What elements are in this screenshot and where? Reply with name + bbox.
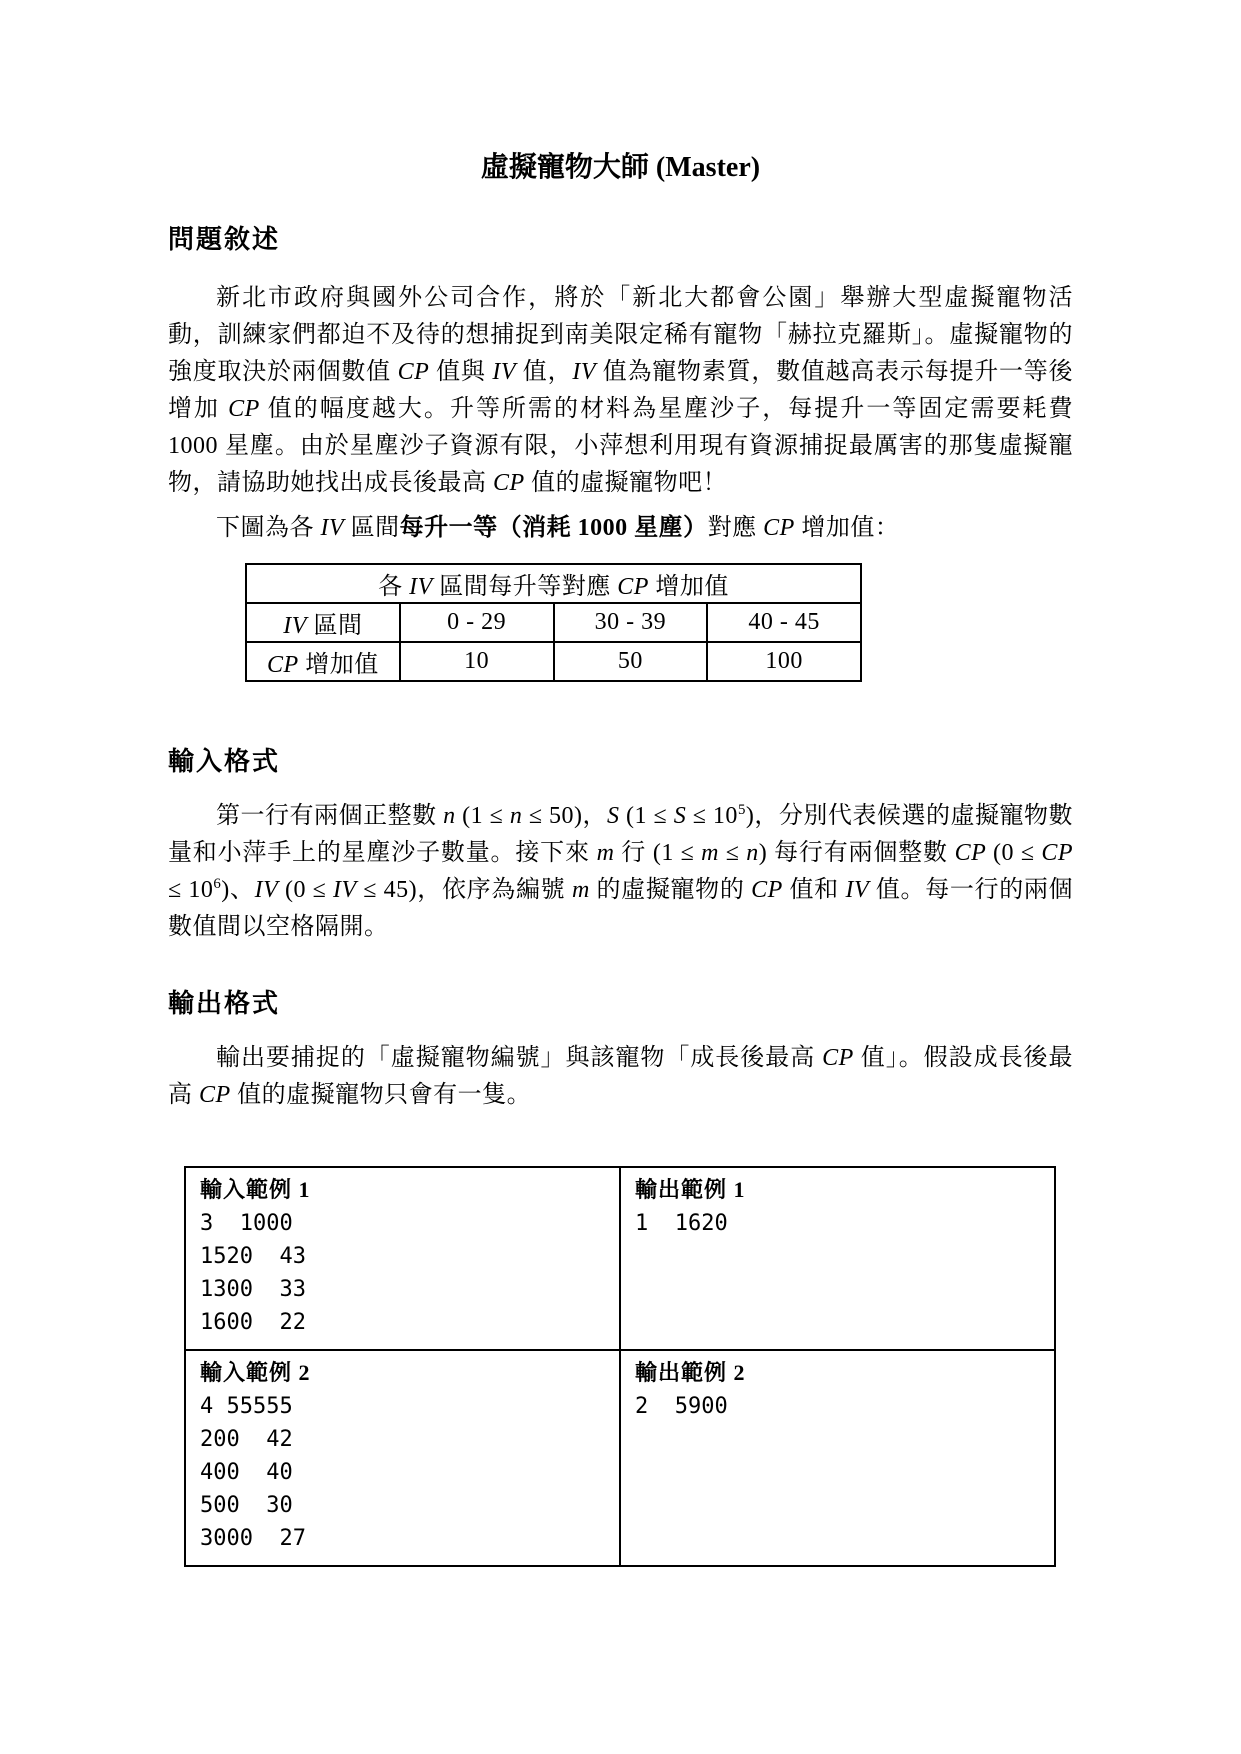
- text-run: ≤ 10: [168, 877, 213, 903]
- text-run: 區間每升等對應: [433, 574, 618, 600]
- text-run: 值的虛擬寵物吧！: [525, 470, 728, 496]
- sample-line: 1 1620: [635, 1207, 1040, 1240]
- section-problem: 問題敘述 新北市政府與國外公司合作，將於「新北大都會公園」舉辦大型虛擬寵物活動，…: [168, 222, 1073, 682]
- input-format-heading: 輸入格式: [168, 744, 1073, 780]
- text-run: CP: [199, 1082, 231, 1108]
- text-run: CP: [617, 574, 649, 600]
- text-run: ≤ 45)，依序為編號: [357, 877, 572, 903]
- text-run: (1 ≤: [620, 803, 674, 829]
- sample-1-input-lines: 3 10001520 431300 331600 22: [200, 1207, 605, 1339]
- sample-1-output-cell: 輸出範例 1 1 1620: [620, 1167, 1055, 1350]
- iv-interval-range-2: 30 - 39: [554, 603, 708, 642]
- iv-table-intro: 下圖為各 IV 區間每升一等（消耗 1000 星塵）對應 CP 增加值：: [168, 510, 1073, 547]
- problem-heading: 問題敘述: [168, 222, 1073, 258]
- text-run: IV: [409, 574, 433, 600]
- output-format-paragraph: 輸出要捕捉的「虛擬寵物編號」與該寵物「成長後最高 CP 值」。假設成長後最高 C…: [168, 1040, 1073, 1114]
- text-run: CP: [751, 877, 783, 903]
- sample-line: 4 55555: [200, 1390, 605, 1423]
- text-run: CP: [955, 840, 987, 866]
- text-run: IV: [846, 877, 870, 903]
- text-run: ≤: [719, 840, 746, 866]
- section-input-format: 輸入格式 第一行有兩個正整數 n (1 ≤ n ≤ 50)，S (1 ≤ S ≤…: [168, 744, 1073, 946]
- section-output-format: 輸出格式 輸出要捕捉的「虛擬寵物編號」與該寵物「成長後最高 CP 值」。假設成長…: [168, 986, 1073, 1114]
- text-run: )、: [221, 877, 254, 903]
- sample-1-row: 輸入範例 1 3 10001520 431300 331600 22 輸出範例 …: [185, 1167, 1055, 1350]
- text-run: (1 ≤: [456, 803, 510, 829]
- text-run: n: [510, 803, 523, 829]
- text-run: 區間: [344, 515, 400, 541]
- sample-2-output-label: 輸出範例 2: [635, 1356, 1040, 1390]
- text-run: 增加值: [299, 652, 379, 678]
- text-run: 區間: [307, 613, 363, 639]
- text-run: ≤ 10: [686, 803, 738, 829]
- sample-2-input-label: 輸入範例 2: [200, 1356, 605, 1390]
- cp-gain-value-1: 10: [400, 642, 554, 681]
- text-run: 每升一等（消耗 1000 星塵）: [400, 515, 708, 541]
- text-run: CP: [763, 515, 795, 541]
- text-run: S: [607, 803, 620, 829]
- problem-paragraph: 新北市政府與國外公司合作，將於「新北大都會公園」舉辦大型虛擬寵物活動，訓練家們都…: [168, 280, 1073, 502]
- text-run: IV: [283, 613, 307, 639]
- text-run: 的虛擬寵物的: [590, 877, 751, 903]
- text-run: ≤ 50)，: [522, 803, 607, 829]
- text-run: (0 ≤: [986, 840, 1041, 866]
- sample-io-table: 輸入範例 1 3 10001520 431300 331600 22 輸出範例 …: [184, 1166, 1056, 1567]
- sample-line: 1300 33: [200, 1273, 605, 1306]
- document-page: 虛擬寵物大師 (Master) 問題敘述 新北市政府與國外公司合作，將於「新北大…: [0, 0, 1241, 1754]
- text-run: m: [597, 840, 615, 866]
- sample-2-input-cell: 輸入範例 2 4 55555200 42400 40500 303000 27: [185, 1350, 620, 1566]
- iv-table-cp-row: CP 增加值 10 50 100: [246, 642, 861, 681]
- output-format-heading: 輸出格式: [168, 986, 1073, 1022]
- text-run: 值與: [429, 359, 492, 385]
- sample-line: 500 30: [200, 1489, 605, 1522]
- text-run: 值和: [783, 877, 846, 903]
- iv-table-caption: 各 IV 區間每升等對應 CP 增加值: [246, 564, 861, 603]
- cp-gain-value-2: 50: [554, 642, 708, 681]
- iv-interval-range-1: 0 - 29: [400, 603, 554, 642]
- text-run: 各: [378, 574, 409, 600]
- sample-2-output-lines: 2 5900: [635, 1390, 1040, 1423]
- sample-line: 1600 22: [200, 1306, 605, 1339]
- text-run: CP: [398, 359, 430, 385]
- text-run: (0 ≤: [278, 877, 333, 903]
- text-run: IV: [321, 515, 345, 541]
- cp-gain-value-3: 100: [707, 642, 861, 681]
- sample-2-output-cell: 輸出範例 2 2 5900: [620, 1350, 1055, 1566]
- text-run: ) 每行有兩個整數: [759, 840, 955, 866]
- text-run: CP: [822, 1045, 854, 1071]
- text-run: 下圖為各: [216, 515, 321, 541]
- text-run: 第一行有兩個正整數: [216, 803, 443, 829]
- sample-line: 400 40: [200, 1456, 605, 1489]
- cp-gain-label: CP 增加值: [246, 642, 400, 681]
- iv-table-caption-row: 各 IV 區間每升等對應 CP 增加值: [246, 564, 861, 603]
- text-run: 行 (1 ≤: [614, 840, 701, 866]
- sample-line: 3 1000: [200, 1207, 605, 1240]
- text-run: IV: [333, 877, 357, 903]
- sample-2-input-lines: 4 55555200 42400 40500 303000 27: [200, 1390, 605, 1555]
- iv-cp-table: 各 IV 區間每升等對應 CP 增加值 IV 區間 0 - 29 30 - 39…: [245, 563, 862, 682]
- text-run: 輸出要捕捉的「虛擬寵物編號」與該寵物「成長後最高: [216, 1045, 822, 1071]
- sample-2-row: 輸入範例 2 4 55555200 42400 40500 303000 27 …: [185, 1350, 1055, 1566]
- sample-1-output-lines: 1 1620: [635, 1207, 1040, 1240]
- iv-table-interval-row: IV 區間 0 - 29 30 - 39 40 - 45: [246, 603, 861, 642]
- text-run: CP: [493, 470, 525, 496]
- text-run: n: [746, 840, 759, 866]
- text-run: IV: [255, 877, 279, 903]
- text-run: 增加值：: [795, 515, 900, 541]
- text-run: CP: [267, 652, 299, 678]
- sample-line: 3000 27: [200, 1522, 605, 1555]
- text-run: IV: [492, 359, 516, 385]
- sample-1-output-label: 輸出範例 1: [635, 1173, 1040, 1207]
- sample-1-input-cell: 輸入範例 1 3 10001520 431300 331600 22: [185, 1167, 620, 1350]
- sample-line: 2 5900: [635, 1390, 1040, 1423]
- text-run: n: [443, 803, 456, 829]
- page-title: 虛擬寵物大師 (Master): [168, 148, 1073, 188]
- text-run: 5: [738, 802, 746, 818]
- text-run: CP: [1041, 840, 1073, 866]
- sample-1-input-label: 輸入範例 1: [200, 1173, 605, 1207]
- text-run: m: [701, 840, 719, 866]
- text-run: IV: [572, 359, 596, 385]
- text-run: m: [572, 877, 590, 903]
- text-run: 對應: [708, 515, 764, 541]
- text-run: 增加值: [649, 574, 729, 600]
- iv-interval-label: IV 區間: [246, 603, 400, 642]
- text-run: 值，: [516, 359, 572, 385]
- sample-line: 200 42: [200, 1423, 605, 1456]
- sample-line: 1520 43: [200, 1240, 605, 1273]
- iv-interval-range-3: 40 - 45: [707, 603, 861, 642]
- text-run: CP: [228, 396, 260, 422]
- input-format-paragraph: 第一行有兩個正整數 n (1 ≤ n ≤ 50)，S (1 ≤ S ≤ 105)…: [168, 798, 1073, 946]
- text-run: S: [674, 803, 687, 829]
- text-run: 值的虛擬寵物只會有一隻。: [231, 1082, 532, 1108]
